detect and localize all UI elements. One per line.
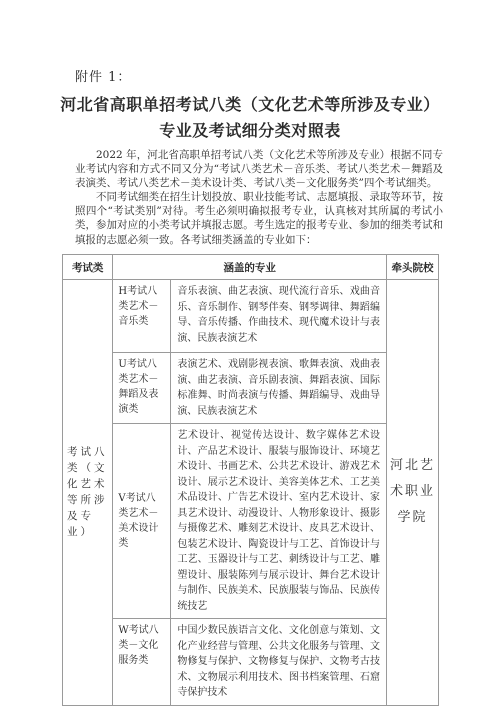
document-subtitle: 专业及考试细分类对照表 bbox=[0, 118, 500, 141]
table-row: W考试八类－文化服务类 中国少数民族语言文化、文化创意与策划、文化产业经营与管理… bbox=[63, 619, 439, 706]
intro-paragraph: 2022 年，河北省高职单招考试八类（文化艺术等所涉及专业）根据不同专业考试内容… bbox=[75, 148, 443, 191]
header-exam-category: 考试类 bbox=[63, 255, 113, 280]
attachment-label: 附件 1： bbox=[75, 66, 131, 85]
exam-category-cell: 考试八类（文化艺术等所涉及专业） bbox=[63, 280, 113, 706]
document-title: 河北省高职单招考试八类（文化艺术等所涉及专业） bbox=[0, 92, 500, 115]
table-header-row: 考试类 涵盖的专业 牵头院校 bbox=[63, 255, 439, 280]
instruction-paragraph: 不同考试细类在招生计划投放、职业技能考试、志愿填报、录取等环节，按照四个“考试类… bbox=[75, 190, 443, 247]
header-majors: 涵盖的专业 bbox=[113, 255, 387, 280]
lead-school-cell: 河北艺术职业学院 bbox=[386, 280, 438, 706]
majors-cell: 中国少数民族语言文化、文化创意与策划、文化产业经营与管理、公共文化服务与管理、文… bbox=[171, 619, 387, 706]
table-row: V考试八类艺术－美术设计类 艺术设计、视觉传达设计、数字媒体艺术设计、产品艺术设… bbox=[63, 424, 439, 619]
majors-cell: 音乐表演、曲艺表演、现代流行音乐、戏曲音乐、音乐制作、钢琴伴奏、钢琴调律、舞蹈编… bbox=[171, 280, 387, 353]
subcategory-cell: U考试八类艺术－舞蹈及表演类 bbox=[113, 353, 171, 424]
subcategory-cell: W考试八类－文化服务类 bbox=[113, 619, 171, 706]
subcategory-cell: H考试八类艺术－音乐类 bbox=[113, 280, 171, 353]
table-row: 考试八类（文化艺术等所涉及专业） H考试八类艺术－音乐类 音乐表演、曲艺表演、现… bbox=[63, 280, 439, 353]
header-lead-school: 牵头院校 bbox=[386, 255, 438, 280]
major-category-table: 考试类 涵盖的专业 牵头院校 考试八类（文化艺术等所涉及专业） H考试八类艺术－… bbox=[62, 254, 439, 706]
majors-cell: 艺术设计、视觉传达设计、数字媒体艺术设计、产品艺术设计、服装与服饰设计、环境艺术… bbox=[171, 424, 387, 619]
table-row: U考试八类艺术－舞蹈及表演类 表演艺术、戏剧影视表演、歌舞表演、戏曲表演、曲艺表… bbox=[63, 353, 439, 424]
subcategory-cell: V考试八类艺术－美术设计类 bbox=[113, 424, 171, 619]
majors-cell: 表演艺术、戏剧影视表演、歌舞表演、戏曲表演、曲艺表演、音乐剧表演、舞蹈表演、国际… bbox=[171, 353, 387, 424]
